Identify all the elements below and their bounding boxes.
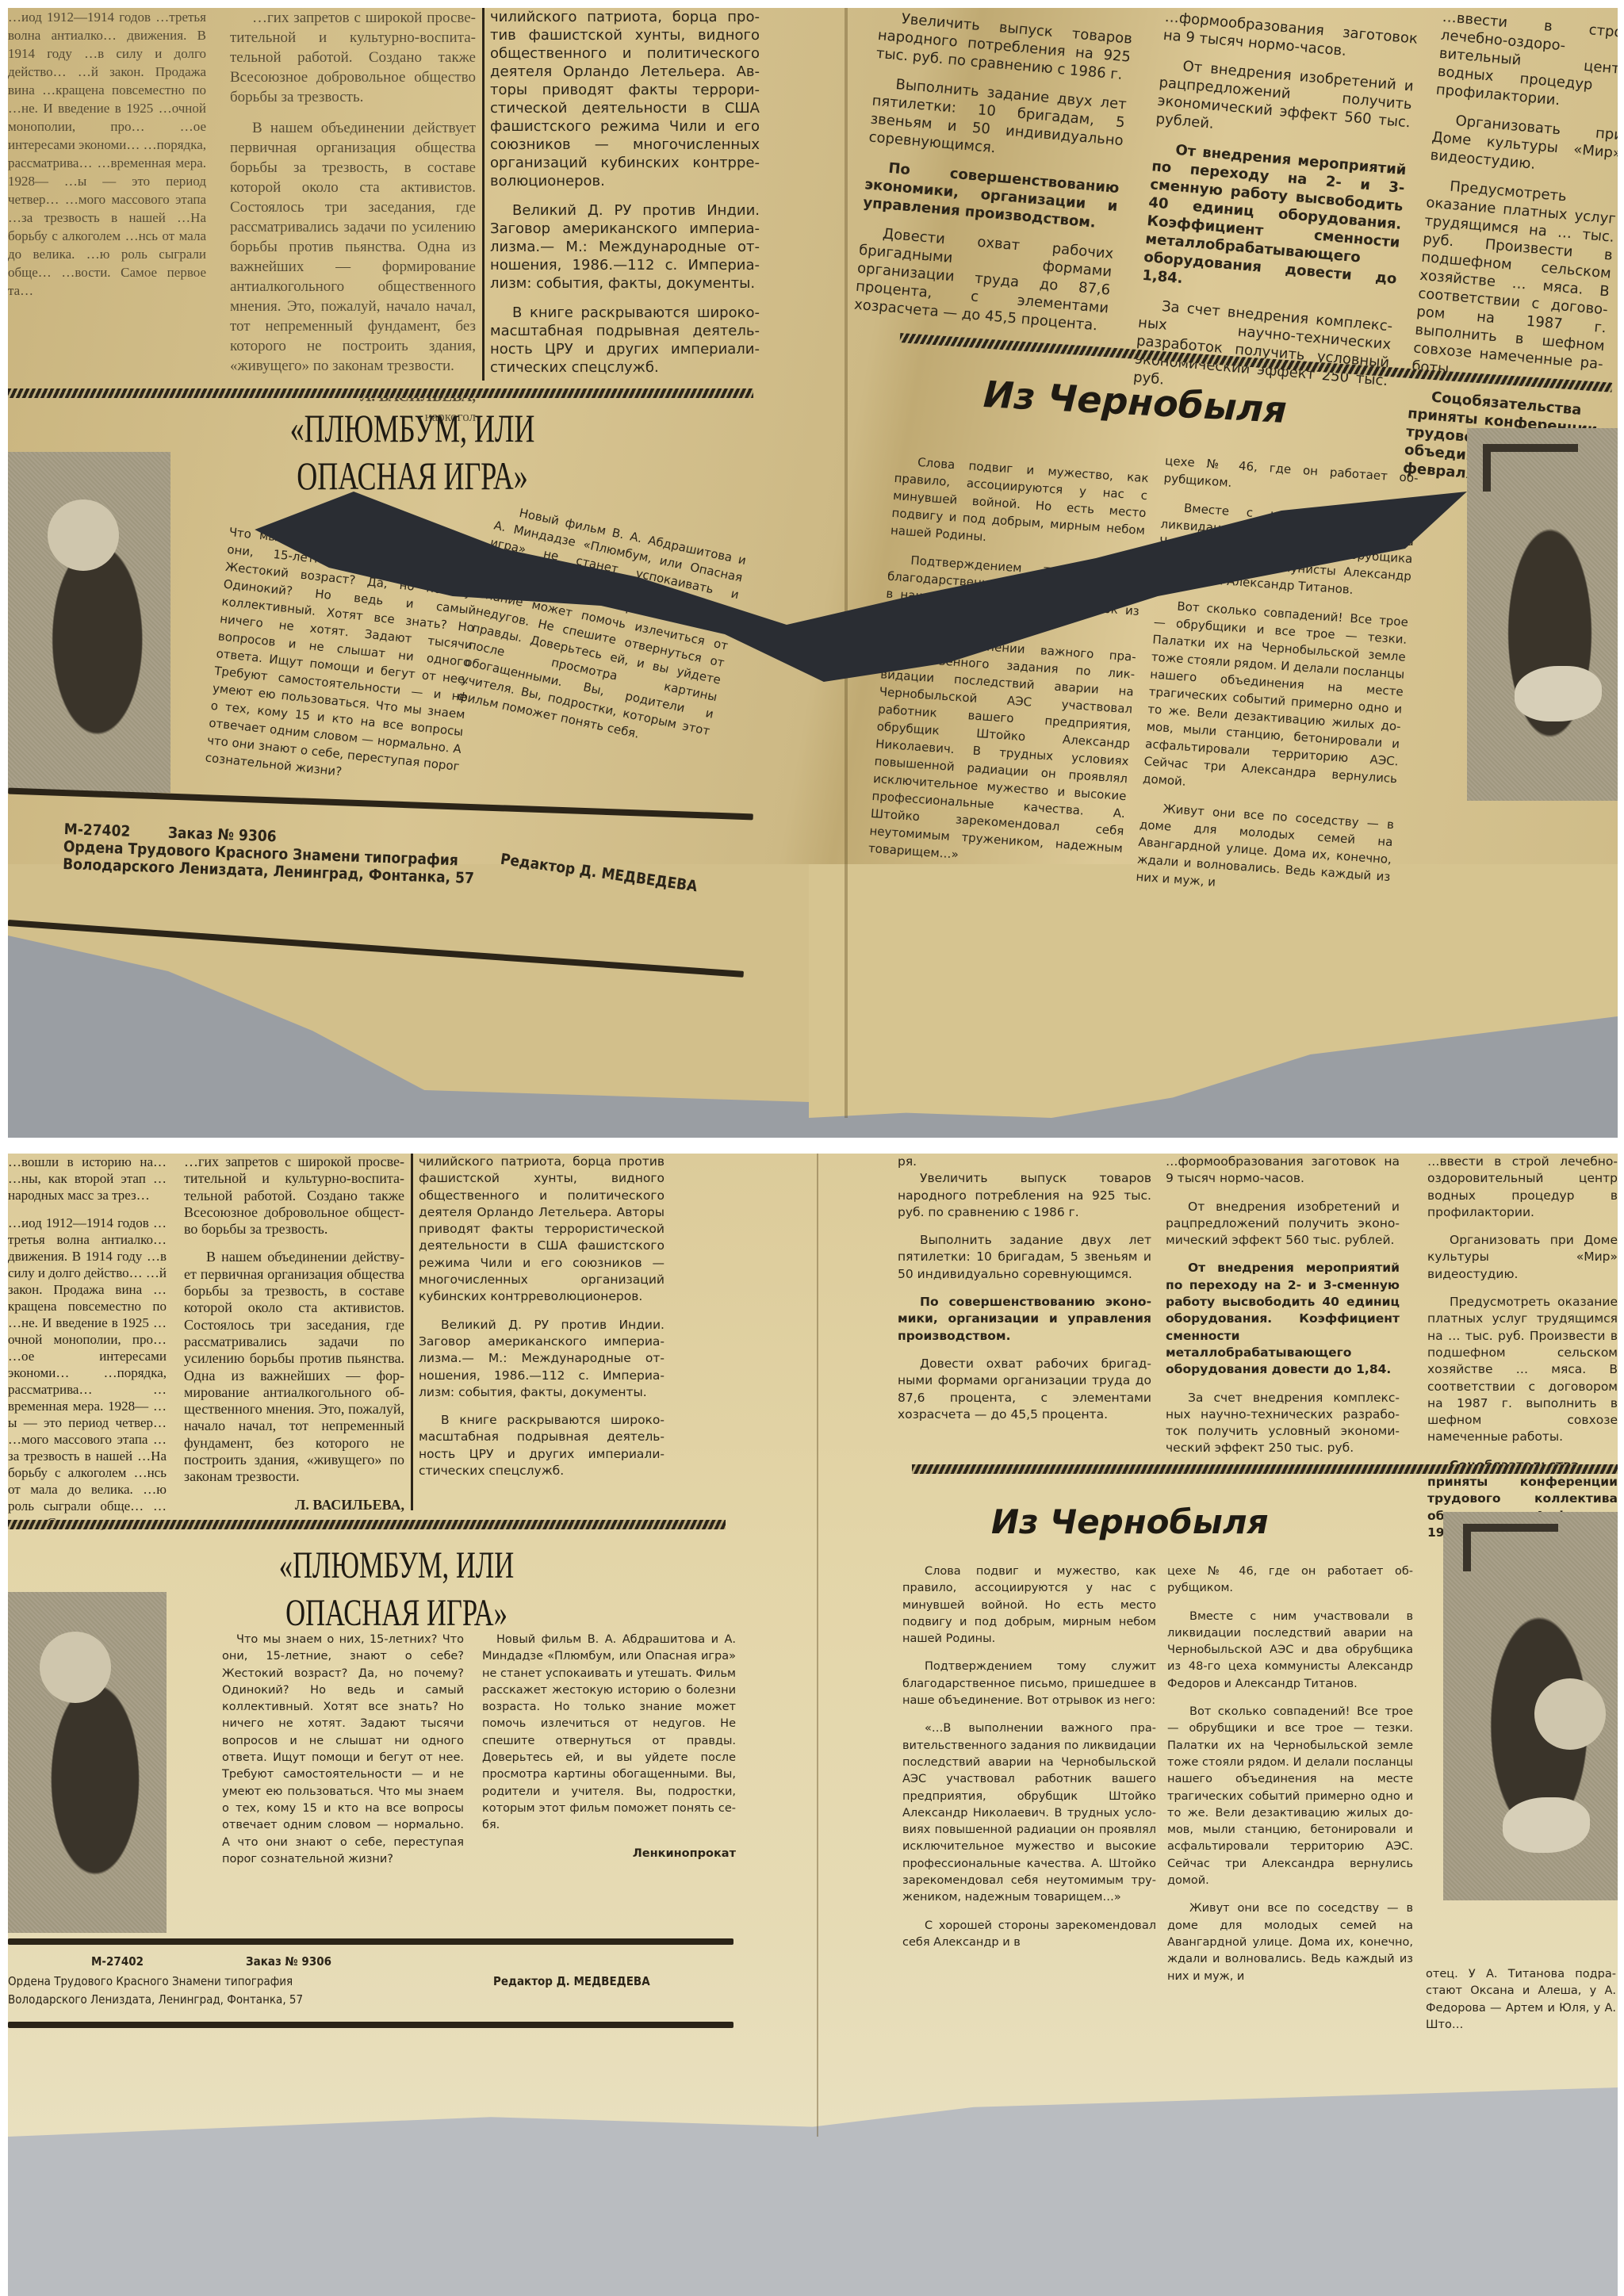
plan-col3: …ввести в строй лечебно-оздоро­вительный… — [1427, 1154, 1618, 1552]
sobriety-col2: …гих запретов с широкой просве­тительной… — [184, 1154, 404, 1530]
chernobyl-headline: Из Чернобыля — [991, 1502, 1269, 1541]
rope-divider — [912, 1464, 1618, 1474]
center-fold — [845, 8, 848, 1118]
author-name: Л. ВАСИЛЬЕВА, — [184, 1497, 404, 1513]
plan-col1-top: Увеличить выпуск товаров народного потре… — [852, 8, 1133, 346]
child-in-hooded-coat-photo — [1443, 1512, 1618, 1900]
torn-lower-right — [809, 864, 1618, 1118]
imprint-order: Заказ № 9306 — [246, 1954, 331, 1969]
child-photo-top — [1467, 428, 1618, 801]
film-distributor: Ленкинопрокат — [482, 1846, 736, 1862]
sobriety-col2-top: …гих запретов с широкой просве­тительной… — [230, 8, 476, 427]
sobriety-col1: …вошли в историю на… …ны, как второй эта… — [8, 1154, 167, 1542]
footer-rule — [8, 2022, 733, 2028]
column-rule — [482, 8, 485, 381]
chernobyl-col2: цехе № 46, где он работает об­рубщиком. … — [1167, 1563, 1413, 1996]
plan-col1: ря. Увеличить выпуск товаров народного п… — [898, 1154, 1151, 1434]
damaged-page-photo: …иод 1912—1914 годов …третья волна антиа… — [8, 8, 1618, 1138]
books-col-top: чилийского патриота, борца про­тив фашис… — [490, 8, 760, 388]
film-col2: Новый фильм В. А. Абдраши­това и А. Минд… — [482, 1632, 736, 1862]
portrait-photo — [8, 1592, 167, 1933]
plan-col2: …формообразования заго­товок на 9 тысяч … — [1166, 1154, 1400, 1468]
footer-rule — [8, 1938, 733, 1945]
chernobyl-col3: отец. У А. Титанова подра­стают Оксана и… — [1426, 1966, 1616, 2045]
rope-divider — [8, 388, 753, 398]
center-fold — [817, 1154, 818, 2137]
sobriety-col1-top: …иод 1912—1914 годов …третья волна антиа… — [8, 8, 206, 311]
film-col1: Что мы знаем о них, 15-летних? Что они, … — [222, 1632, 464, 1879]
film-headline-top: «ПЛЮМБУМ, ИЛИ ОПАСНАЯ ИГРА» — [252, 404, 572, 499]
torn-lower-left — [8, 864, 809, 1102]
film-headline: «ПЛЮМБУМ, ИЛИ ОПАСНАЯ ИГРА» — [248, 1542, 545, 1637]
restored-page-photo: …вошли в историю на… …ны, как второй эта… — [8, 1154, 1618, 2296]
editor-credit: Редактор Д. МЕДВЕДЕВА — [493, 1974, 650, 1988]
imprint-code: М-27402 — [91, 1954, 144, 1969]
chernobyl-col1: Слова подвиг и мужество, как правило, ас… — [902, 1563, 1156, 1962]
rope-divider — [8, 1520, 726, 1529]
books-col: чилийского патриота, борца про­тив фашис… — [419, 1154, 665, 1490]
chernobyl-col1-top: Слова подвиг и мужество, как правило, ас… — [867, 452, 1149, 886]
imprint-printer-line1: Ордена Трудового Красного Знамени типогр… — [8, 1974, 293, 1988]
imprint-printer-line2: Володарского Лениздата, Ленинград, Фонта… — [8, 1992, 303, 2007]
column-rule — [411, 1154, 413, 1510]
portrait-photo — [8, 452, 170, 793]
